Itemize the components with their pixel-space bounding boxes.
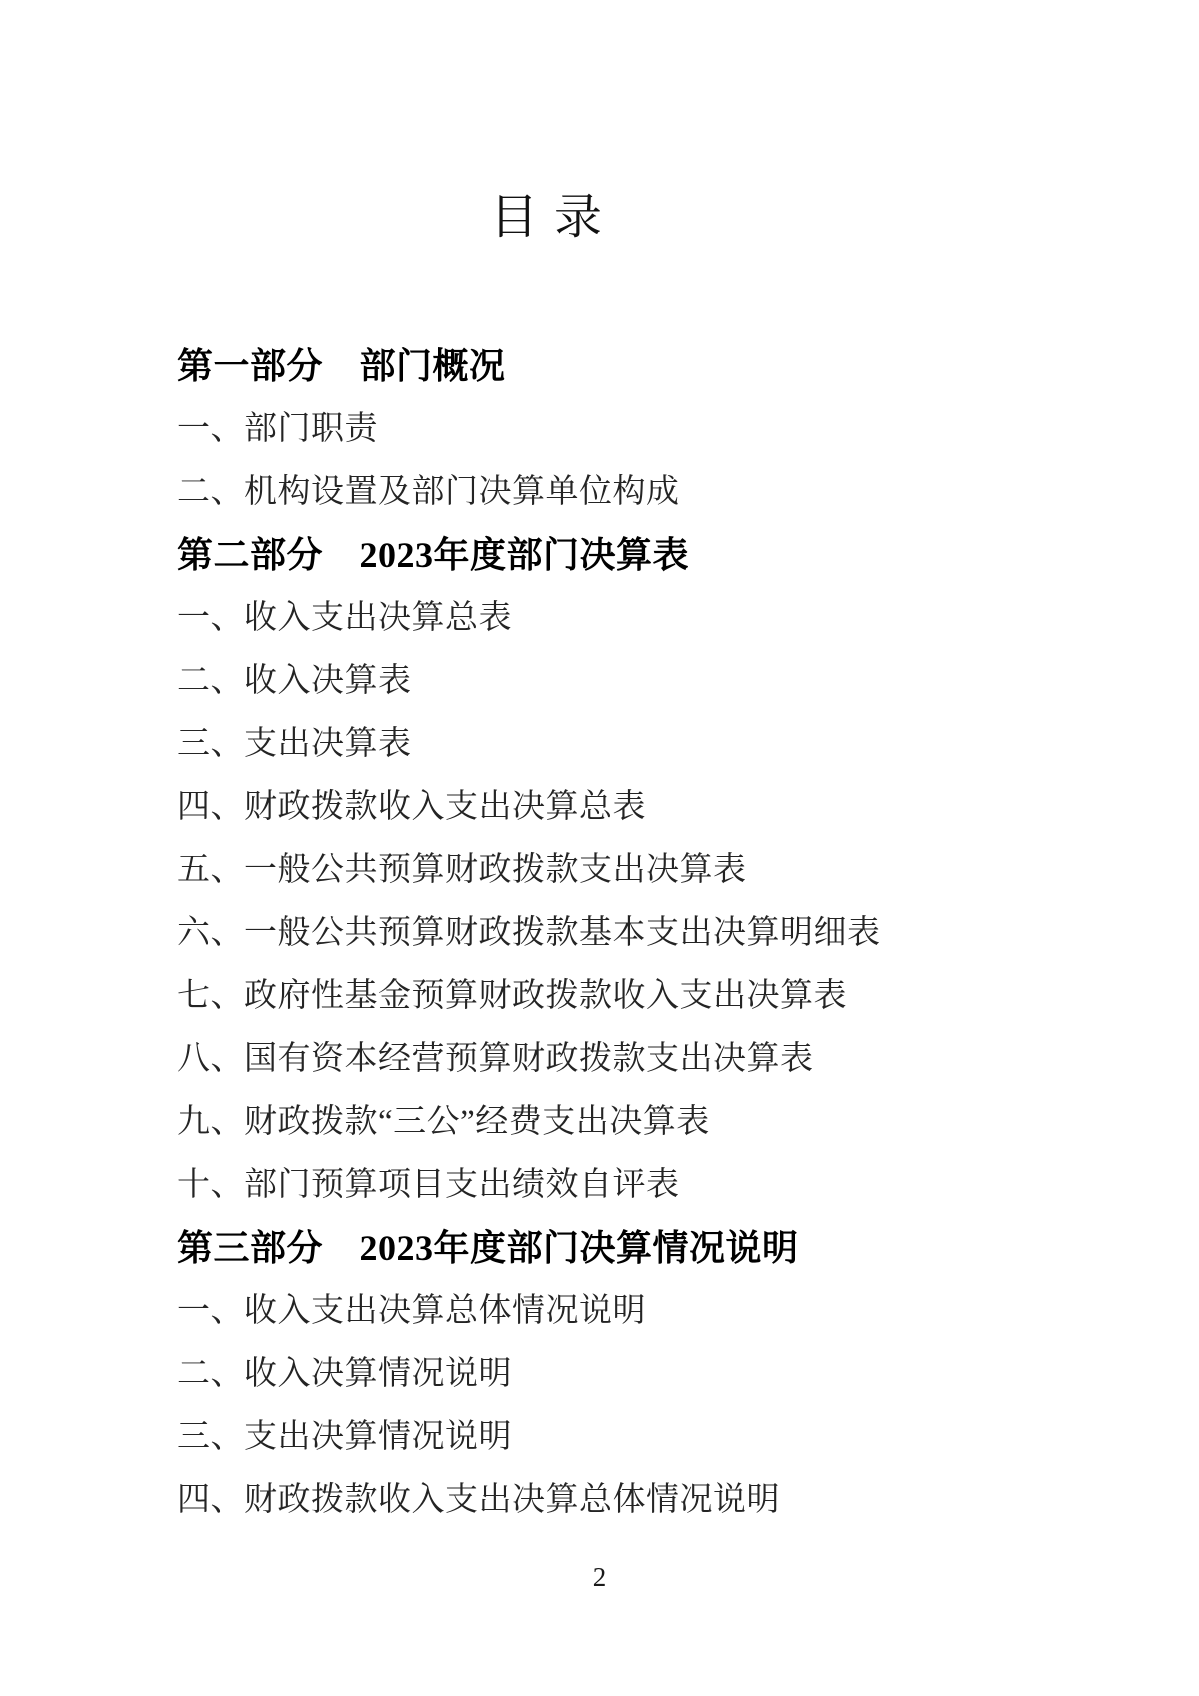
toc-entry: 二、收入决算情况说明 (177, 1343, 1199, 1406)
toc-part-heading: 第二部分 2023年度部门决算表 (177, 524, 1199, 587)
toc-entry: 八、国有资本经营预算财政拨款支出决算表 (177, 1028, 1199, 1091)
toc-entry: 二、收入决算表 (177, 650, 1199, 713)
document-page: 目 录 第一部分 部门概况 一、部门职责 二、机构设置及部门决算单位构成 第二部… (0, 0, 1199, 1696)
toc-entry: 三、支出决算情况说明 (177, 1406, 1199, 1469)
toc-entry: 七、政府性基金预算财政拨款收入支出决算表 (177, 965, 1199, 1028)
toc-entry: 四、财政拨款收入支出决算总表 (177, 776, 1199, 839)
toc-entry: 二、机构设置及部门决算单位构成 (177, 461, 1199, 524)
toc-part-heading: 第三部分 2023年度部门决算情况说明 (177, 1217, 1199, 1280)
toc-entry: 三、支出决算表 (177, 713, 1199, 776)
toc-entry: 十、部门预算项目支出绩效自评表 (177, 1154, 1199, 1217)
toc-entry: 六、一般公共预算财政拨款基本支出决算明细表 (177, 902, 1199, 965)
page-number: 2 (0, 1562, 1199, 1593)
toc-entry: 五、一般公共预算财政拨款支出决算表 (177, 839, 1199, 902)
toc-part-heading: 第一部分 部门概况 (177, 335, 1199, 398)
toc-entry: 九、财政拨款“三公”经费支出决算表 (177, 1091, 1199, 1154)
toc-entry: 一、部门职责 (177, 398, 1199, 461)
page-title: 目 录 (177, 183, 917, 253)
table-of-contents: 第一部分 部门概况 一、部门职责 二、机构设置及部门决算单位构成 第二部分 20… (0, 335, 1199, 1532)
toc-entry: 一、收入支出决算总体情况说明 (177, 1280, 1199, 1343)
toc-entry: 四、财政拨款收入支出决算总体情况说明 (177, 1469, 1199, 1532)
toc-entry: 一、收入支出决算总表 (177, 587, 1199, 650)
